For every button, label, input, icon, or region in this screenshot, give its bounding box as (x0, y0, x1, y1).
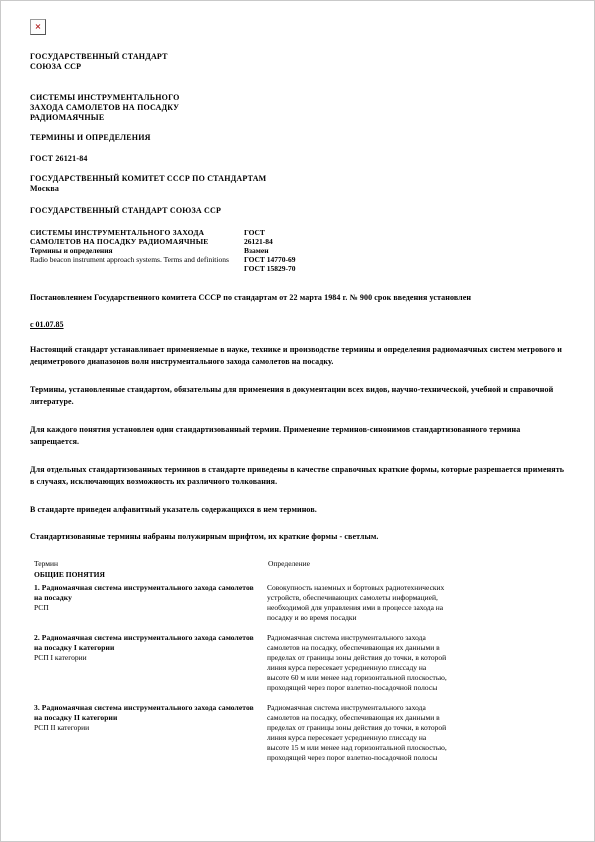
term-short-form-2: РСП I категории (34, 653, 257, 663)
gost-label: ГОСТ (244, 228, 364, 237)
intro-paragraph-3: Для каждого понятия установлен один стан… (30, 424, 570, 449)
terms-section-header-spacer (267, 570, 453, 583)
title-block: СИСТЕМЫ ИНСТРУМЕНТАЛЬНОГО ЗАХОДА САМОЛЕТ… (30, 228, 570, 273)
title-en: Radio beacon instrument approach systems… (30, 255, 244, 264)
intro-paragraph-5: В стандарте приведен алфавитный указател… (30, 504, 570, 517)
masthead-title-line2: ЗАХОДА САМОЛЕТОВ НА ПОСАДКУ (30, 103, 570, 113)
term-name-3: 3. Радиомаячная система инструментальног… (34, 703, 257, 723)
term-short-form-3: РСП II категории (34, 723, 257, 733)
terms-table: Термин Определение ОБЩИЕ ПОНЯТИЯ 1. Ради… (30, 559, 570, 773)
masthead-org-line1: ГОСУДАРСТВЕННЫЙ СТАНДАРТ (30, 52, 570, 62)
title-block-left: СИСТЕМЫ ИНСТРУМЕНТАЛЬНОГО ЗАХОДА САМОЛЕТ… (30, 228, 244, 273)
masthead-title: СИСТЕМЫ ИНСТРУМЕНТАЛЬНОГО ЗАХОДА САМОЛЕТ… (30, 93, 570, 123)
masthead-org-line2: СОЮЗА ССР (30, 62, 570, 72)
effective-date: с 01.07.85 (30, 320, 570, 329)
replaced-standard-2: ГОСТ 15829-70 (244, 264, 364, 273)
masthead-org: ГОСУДАРСТВЕННЫЙ СТАНДАРТ СОЮЗА ССР (30, 52, 570, 72)
terms-section-header: ОБЩИЕ ПОНЯТИЯ (30, 570, 267, 583)
intro-paragraph-2: Термины, установленные стандартом, обяза… (30, 384, 570, 409)
table-row-1-term: 1. Радиомаячная система инструментальног… (30, 583, 267, 633)
term-name-1: 1. Радиомаячная система инструментальног… (34, 583, 257, 603)
document-content: × ГОСУДАРСТВЕННЫЙ СТАНДАРТ СОЮЗА ССР СИС… (1, 1, 594, 773)
masthead-subtitle: ТЕРМИНЫ И ОПРЕДЕЛЕНИЯ (30, 133, 570, 143)
terms-col-header-term: Термин (30, 559, 267, 570)
table-row-3-definition: Радиомаячная система инструментального з… (267, 703, 453, 773)
broken-image-placeholder: × (30, 19, 46, 35)
broken-image-icon: × (35, 23, 42, 31)
subtitle-ru: Термины и определения (30, 246, 244, 255)
gost-number: 26121-84 (244, 237, 364, 246)
term-name-2: 2. Радиомаячная система инструментальног… (34, 633, 257, 653)
terms-col-header-definition: Определение (267, 559, 453, 570)
table-row-1-definition: Совокупность наземных и бортовых радиоте… (267, 583, 453, 633)
intro-paragraph-6: Стандартизованные термины набраны полужи… (30, 531, 570, 544)
masthead-title-line3: РАДИОМАЯЧНЫЕ (30, 113, 570, 123)
replaced-standard-1: ГОСТ 14770-69 (244, 255, 364, 264)
masthead-committee-block: ГОСУДАРСТВЕННЫЙ КОМИТЕТ СССР ПО СТАНДАРТ… (30, 174, 570, 194)
masthead-doc-number: ГОСТ 26121-84 (30, 154, 570, 164)
table-row-2-term: 2. Радиомаячная система инструментальног… (30, 633, 267, 703)
term-short-form-1: РСП (34, 603, 257, 613)
masthead-title-line1: СИСТЕМЫ ИНСТРУМЕНТАЛЬНОГО (30, 93, 570, 103)
document-page: × ГОСУДАРСТВЕННЫЙ СТАНДАРТ СОЮЗА ССР СИС… (0, 0, 595, 842)
table-row-3-term: 3. Радиомаячная система инструментальног… (30, 703, 267, 773)
masthead-city: Москва (30, 184, 570, 194)
intro-paragraph-1: Настоящий стандарт устанавливает применя… (30, 344, 570, 369)
title-block-right: ГОСТ 26121-84 Взамен ГОСТ 14770-69 ГОСТ … (244, 228, 364, 273)
masthead-committee: ГОСУДАРСТВЕННЫЙ КОМИТЕТ СССР ПО СТАНДАРТ… (30, 174, 570, 184)
decree-paragraph: Постановлением Государственного комитета… (30, 292, 570, 305)
table-row-2-definition: Радиомаячная система инструментального з… (267, 633, 453, 703)
title-ru: СИСТЕМЫ ИНСТРУМЕНТАЛЬНОГО ЗАХОДА САМОЛЕТ… (30, 228, 244, 246)
standard-heading: ГОСУДАРСТВЕННЫЙ СТАНДАРТ СОЮЗА ССР (30, 206, 570, 215)
intro-paragraph-4: Для отдельных стандартизованных терминов… (30, 464, 570, 489)
vzamen-label: Взамен (244, 246, 364, 255)
